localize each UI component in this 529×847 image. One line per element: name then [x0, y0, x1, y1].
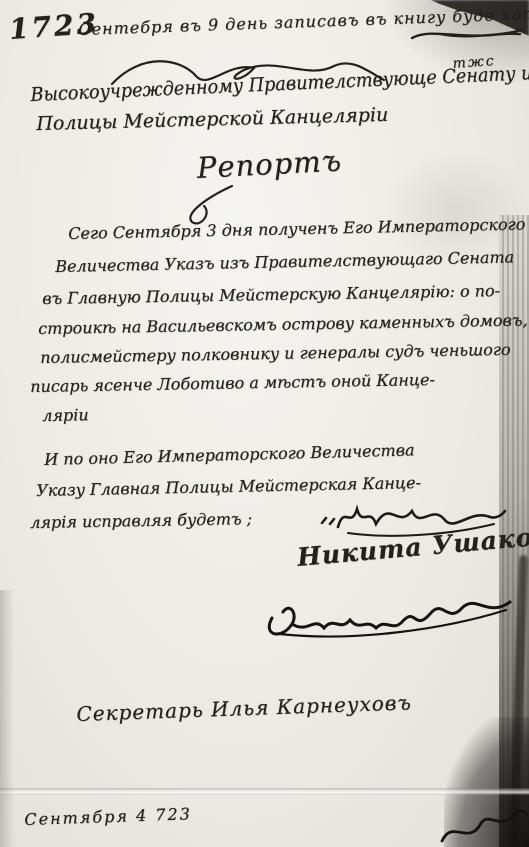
registration-flourish: [410, 20, 525, 48]
secretary-line: Секретарь Илья Карнеуховъ: [76, 690, 412, 726]
footer-date: Сентября 4 723: [24, 804, 192, 829]
body-line: полисмейстеру полковнику и генералы судъ…: [40, 340, 511, 367]
body-line: лярія исправляя будетъ ;: [30, 509, 252, 532]
report-title: Репортъ: [196, 143, 343, 185]
body-line: ляріи: [42, 405, 89, 425]
body-line: писарь ясенче Лоботиво а мѣстъ оной Канц…: [30, 370, 435, 396]
body-line: И по оно Его Императорского Величества: [44, 440, 415, 469]
crease-line: [0, 788, 529, 795]
body-line: строикѣ на Васильевскомъ острову каменны…: [38, 310, 528, 338]
manuscript-photo: 1723 Сентебря въ 9 день записавъ въ книг…: [0, 0, 529, 847]
address-line-2: Полицы Мейстерской Канцеляріи: [36, 104, 388, 135]
body-line: въ Главную Полицы Мейстерскую Канцелярію…: [42, 281, 500, 308]
corner-scrawl: [438, 803, 528, 847]
body-line: Указу Главная Полицы Мейстерская Канце-: [36, 473, 421, 500]
signature-3-flourish: [262, 588, 517, 640]
body-line: Величества Указъ изъ Правителствующаго С…: [55, 247, 514, 276]
left-edge-shade: [0, 590, 14, 847]
body-line: Сего Сентября 3 дня полученъ Его Императ…: [68, 214, 525, 243]
